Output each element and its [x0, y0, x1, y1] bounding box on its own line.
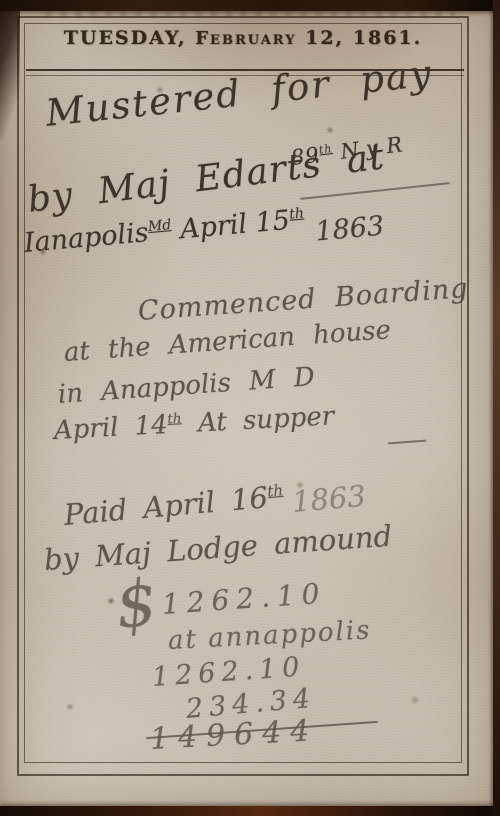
header-day: TUESDAY, [64, 27, 187, 49]
header-date: 12, 1861. [305, 27, 422, 49]
boarding-date-ordinal: th [167, 411, 182, 428]
header-month: February [195, 28, 296, 49]
dollar-sign: $ [112, 566, 160, 644]
paid-year: 1863 [291, 479, 367, 519]
paid-date-ordinal: th [267, 481, 284, 500]
printed-date-header: TUESDAY, February 12, 1861. [20, 27, 466, 49]
diary-page-scan: TUESDAY, February 12, 1861. Mustered for… [0, 0, 500, 816]
book-edge-top [0, 0, 500, 11]
book-edge-right [493, 0, 500, 816]
date-ordinal: th [289, 206, 305, 223]
book-edge-bottom [0, 806, 500, 816]
state-abbrev: Md [147, 217, 172, 235]
book-edge-top-left [0, 0, 20, 140]
muster-year: 1863 [314, 211, 385, 248]
boarding-date: April 14 [53, 410, 168, 446]
